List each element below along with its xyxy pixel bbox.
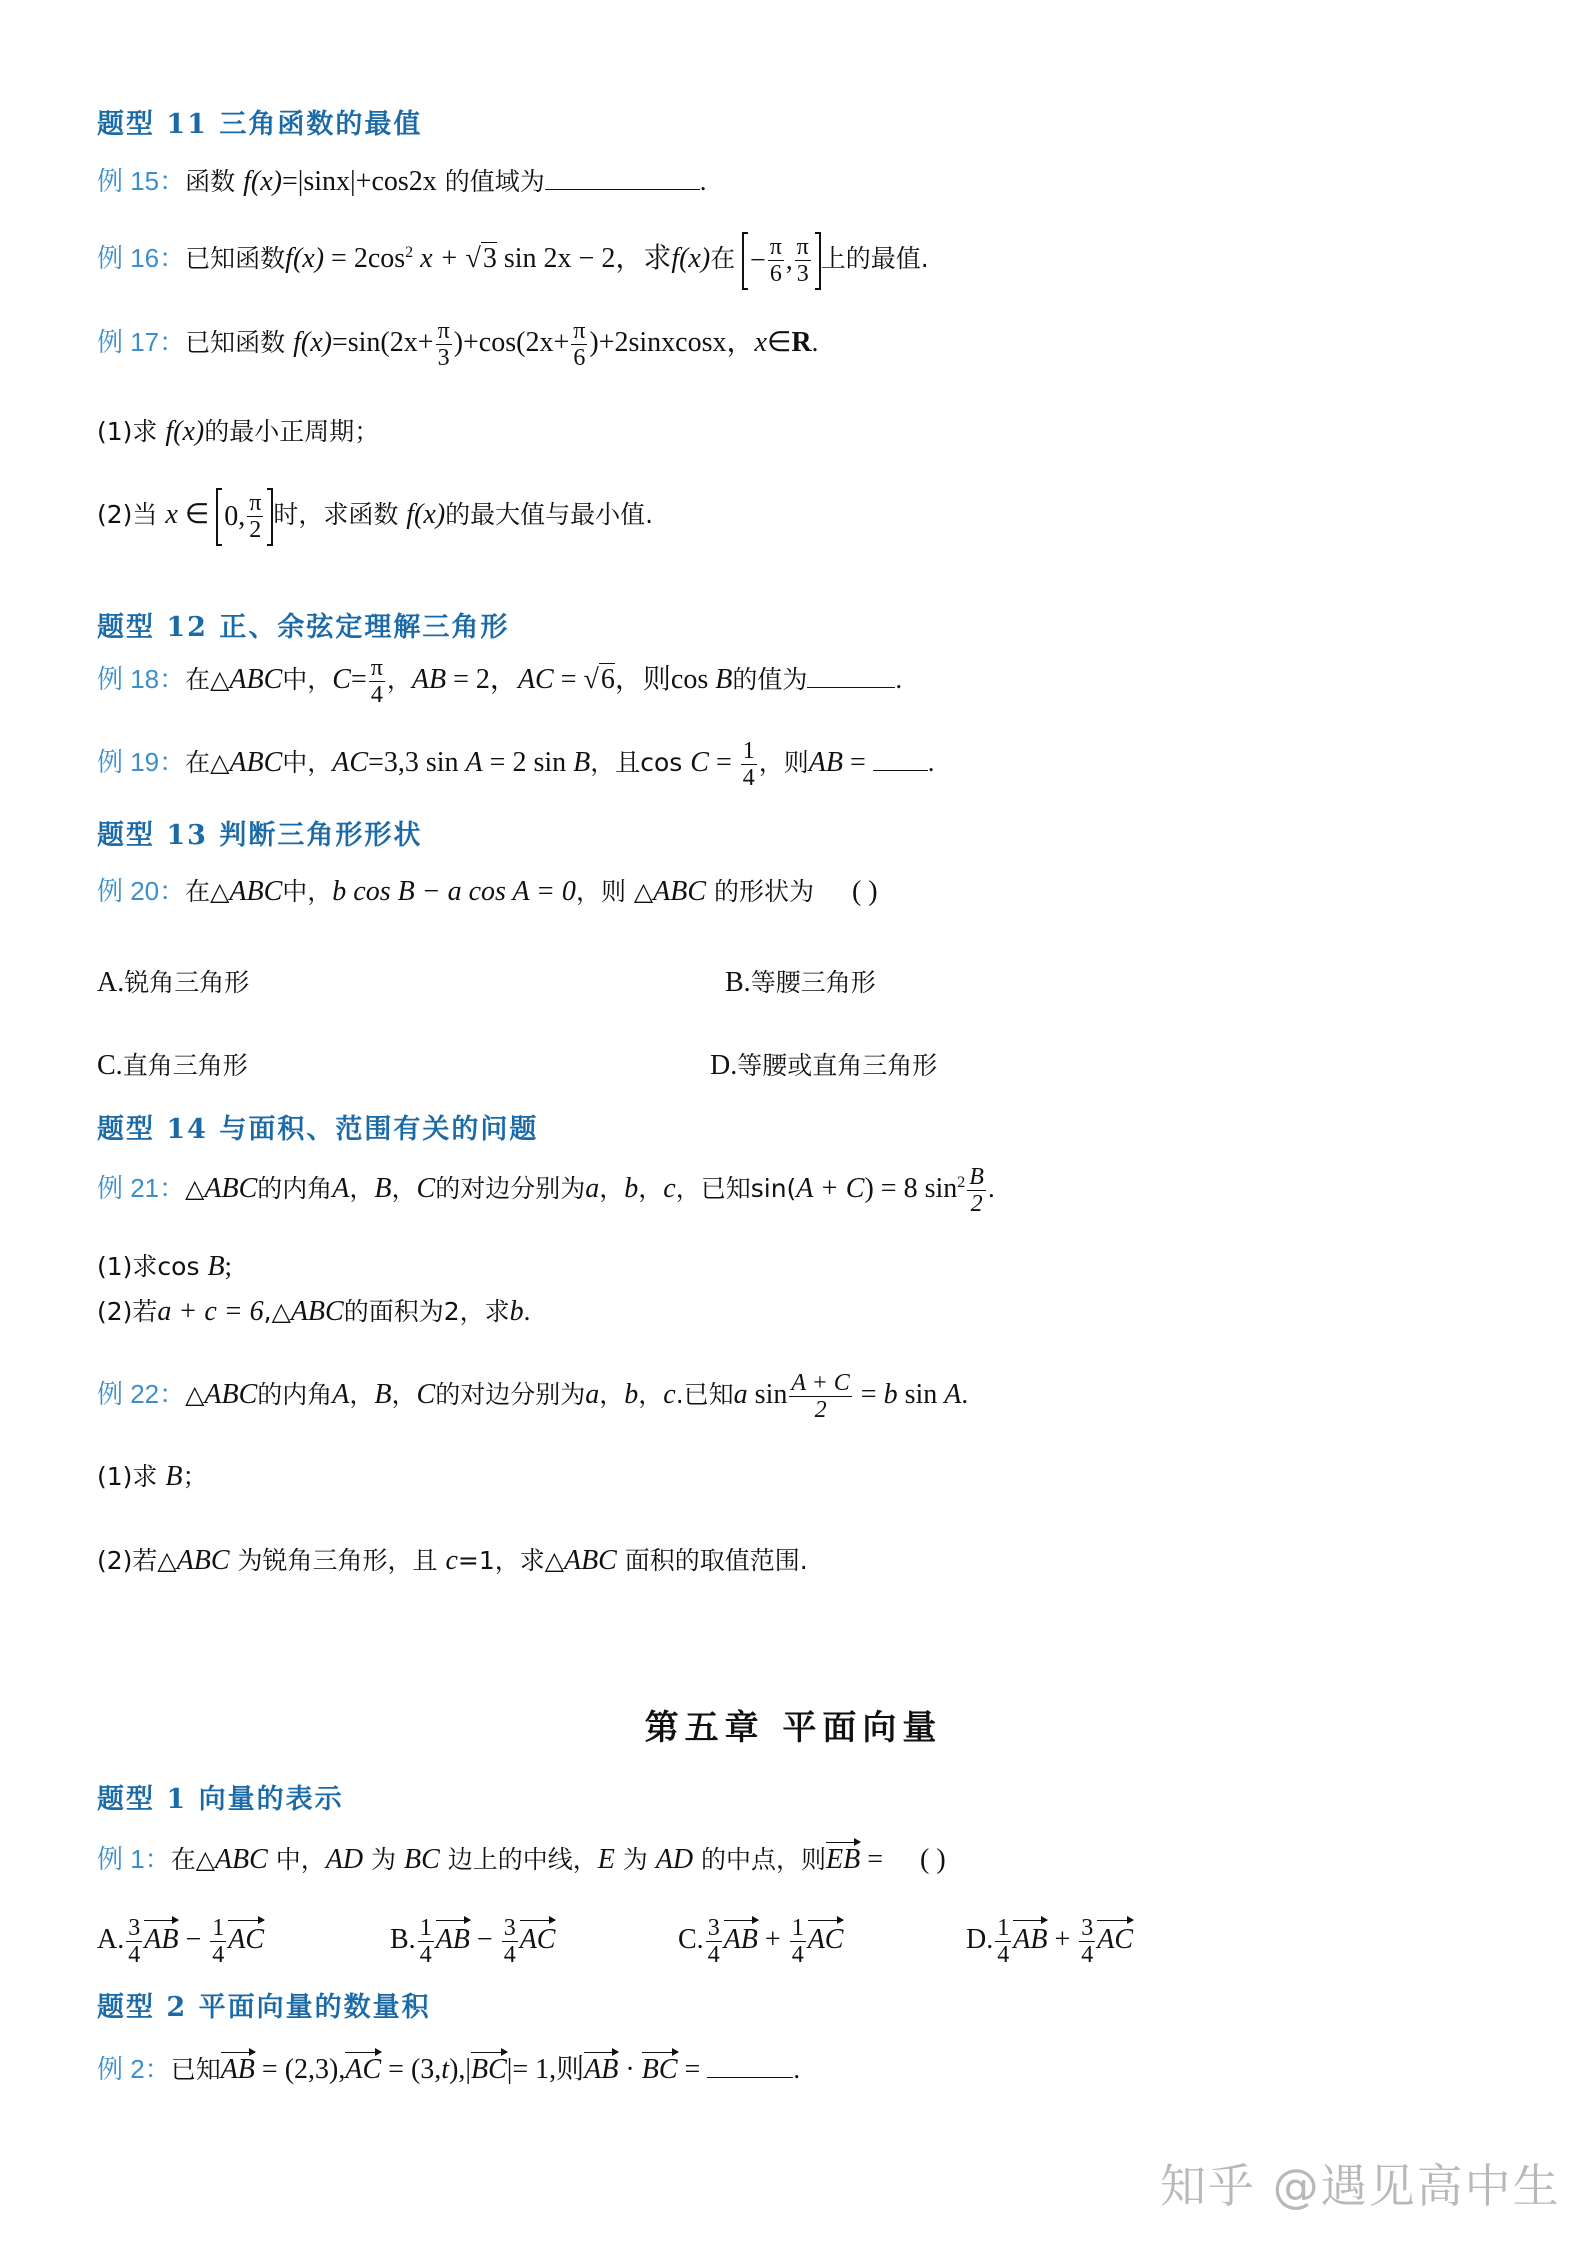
section-heading-11: 题型 11 三角函数的最值 — [97, 102, 422, 141]
option-c: C.直角三角形 — [97, 1046, 248, 1082]
answer-blank — [873, 770, 928, 771]
interval-bracket: −π6,π3 — [742, 232, 821, 290]
example-20: 例 20：在△ABC中，b cos B − a cos A = 0，则 △ABC… — [97, 878, 878, 906]
section-heading-14: 题型 14 与面积、范围有关的问题 — [97, 1107, 538, 1146]
section-heading-13: 题型 13 判断三角形形状 — [97, 813, 422, 852]
example-label: 例 2： — [97, 2054, 171, 2084]
vector-section-heading-1: 题型 1 向量的表示 — [97, 1777, 344, 1816]
example-22-part-1: (1)求 B； — [97, 1463, 208, 1491]
vector-option-a: A.34AB − 14AC — [97, 1915, 264, 1969]
example-19: 例 19：在△ABC中，AC=3,3 sin A = 2 sin B，且cos … — [97, 738, 935, 792]
example-17-part-2: (2)当 x ∈ 0,π2时，求函数 f(x)的最大值与最小值. — [97, 488, 653, 546]
example-label: 例 1： — [97, 1844, 171, 1874]
example-label: 例 19： — [97, 747, 185, 777]
interval-bracket: 0,π2 — [216, 488, 273, 546]
example-21-part-1: (1)求cos B; — [97, 1253, 232, 1281]
answer-blank — [545, 189, 700, 190]
vector-option-d: D.14AB + 34AC — [966, 1915, 1133, 1969]
example-label: 例 20： — [97, 876, 185, 906]
example-label: 例 22： — [97, 1379, 185, 1409]
example-label: 例 18： — [97, 664, 185, 694]
example-label: 例 15： — [97, 166, 185, 196]
vector-option-c: C.34AB + 14AC — [678, 1915, 843, 1969]
choice-paren: ( ) — [852, 876, 878, 907]
example-label: 例 17： — [97, 327, 185, 357]
example-16: 例 16：已知函数f(x) = 2cos2 x + √3 sin 2x − 2，… — [97, 232, 929, 290]
example-label: 例 16： — [97, 243, 185, 273]
chapter-title: 第五章 平面向量 — [0, 1700, 1587, 1749]
vector-section-heading-2: 题型 2 平面向量的数量积 — [97, 1985, 431, 2024]
example-17-part-1: (1)求 f(x)的最小正周期； — [97, 418, 379, 446]
answer-blank — [707, 2077, 793, 2078]
example-22-part-2: (2)若△ABC 为锐角三角形，且 c=1，求△ABC 面积的取值范围. — [97, 1547, 808, 1575]
answer-blank — [807, 687, 895, 688]
vector-example-2: 例 2：已知AB = (2,3),AC = (3,t),|BC|= 1,则AB … — [97, 2052, 800, 2084]
choice-paren: ( ) — [920, 1844, 946, 1875]
example-15: 例 15：函数 f(x)=|sinx|+cos2x 的值域为. — [97, 168, 706, 196]
vector-option-b: B.14AB − 34AC — [390, 1915, 555, 1969]
example-21-part-2: (2)若a + c = 6,△ABC的面积为2，求b. — [97, 1298, 530, 1326]
example-17: 例 17：已知函数 f(x)=sin(2x+π3)+cos(2x+π6)+2si… — [97, 318, 818, 372]
example-22: 例 22：△ABC的内角A，B，C的对边分别为a，b，c.已知a sinA + … — [97, 1370, 968, 1424]
example-21: 例 21：△ABC的内角A，B，C的对边分别为a，b，c，已知sin(A + C… — [97, 1164, 995, 1218]
option-a: A.锐角三角形 — [97, 963, 249, 999]
watermark: 知乎 @遇见高中生 — [1160, 2150, 1561, 2216]
option-d: D.等腰或直角三角形 — [710, 1046, 937, 1082]
option-b: B.等腰三角形 — [725, 963, 876, 999]
vector-example-1: 例 1：在△ABC 中，AD 为 BC 边上的中线，E 为 AD 的中点，则EB… — [97, 1842, 946, 1874]
section-heading-12: 题型 12 正、余弦定理解三角形 — [97, 605, 509, 644]
example-18: 例 18：在△ABC中，C=π4，AB = 2，AC = √6，则cos B的值… — [97, 655, 902, 709]
example-label: 例 21： — [97, 1173, 185, 1203]
